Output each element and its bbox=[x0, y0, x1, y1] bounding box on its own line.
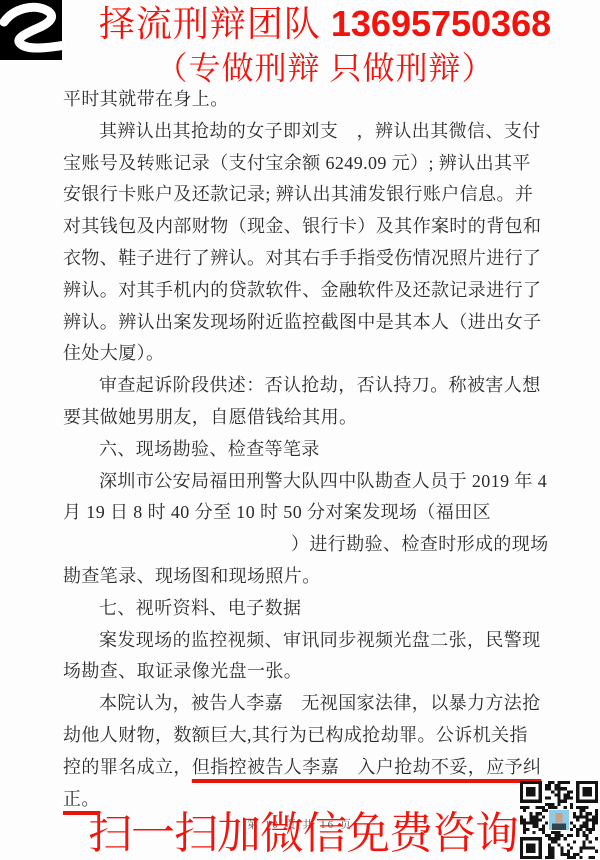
doc-text-line: 对其钱包及内部财物（现金、银行卡）及其作案时的背包和 bbox=[63, 211, 545, 243]
doc-closing-text: 控的罪名成立， bbox=[63, 757, 192, 777]
brand-swoosh-icon bbox=[0, 0, 66, 63]
ad-wechat-banner: 扫一扫加微信免费咨询 bbox=[88, 797, 518, 860]
doc-text-line: 要其做她男朋友，自愿借钱给其用。 bbox=[63, 402, 545, 434]
doc-text-line: 案发现场的监控视频、审讯同步视频光盘二张，民警现 bbox=[63, 625, 545, 657]
doc-text-line: 其辨认出其抢劫的女子即刘支 ，辨认出其微信、支付 bbox=[63, 116, 545, 148]
wechat-qr-code bbox=[520, 781, 598, 859]
scanned-document-page: 择流刑辩团队13695750368 （专做刑辩 只做刑辩） 平时其就带在身上。 … bbox=[0, 0, 600, 860]
doc-text-line: 本院认为，被告人李嘉 无视国家法律，以暴力方法抢 bbox=[63, 688, 545, 720]
doc-section-heading: 七、视听资料、电子数据 bbox=[63, 593, 545, 625]
doc-text-line: 安银行卡账户及还款记录; 辨认出其浦发银行账户信息。并 bbox=[63, 179, 545, 211]
doc-text-line: 控的罪名成立，但指控被告人李嘉 入户抢劫不妥，应予纠 bbox=[63, 752, 545, 784]
doc-text-line: 勘查笔录、现场图和现场照片。 bbox=[63, 561, 545, 593]
ad-overlay-top: 择流刑辩团队13695750368 （专做刑辩 只做刑辩） bbox=[70, 4, 580, 86]
doc-text-line: 场勘查、取证录像光盘一张。 bbox=[63, 656, 545, 688]
doc-text-line: 深圳市公安局福田刑警大队四中队勘查人员于 2019 年 4 bbox=[63, 466, 545, 498]
ad-slogan: （专做刑辩 只做刑辩） bbox=[70, 51, 580, 86]
document-body: 平时其就带在身上。 其辨认出其抢劫的女子即刘支 ，辨认出其微信、支付 宝账号及转… bbox=[63, 84, 545, 815]
doc-text-line: 审查起诉阶段供述：否认抢劫，否认持刀。称被害人想 bbox=[63, 370, 545, 402]
doc-text-line: 劫他人财物，数额巨大,其行为已构成抢劫罪。公诉机关指 bbox=[63, 720, 545, 752]
ad-team-name: 择流刑辩团队 bbox=[99, 4, 321, 44]
doc-text-line: ）进行勘验、检查时形成的现场 bbox=[63, 529, 545, 561]
doc-text-line: 宝账号及转账记录（支付宝余额 6249.09 元）; 辨认出其平 bbox=[63, 148, 545, 180]
doc-text-line: 辨认。对其手机内的贷款软件、金融软件及还款记录进行了 bbox=[63, 275, 545, 307]
doc-text-line: 平时其就带在身上。 bbox=[63, 84, 545, 116]
doc-section-heading: 六、现场勘验、检查等笔录 bbox=[63, 434, 545, 466]
doc-text-line: 月 19 日 8 时 40 分至 10 时 50 分对案发现场（福田区 bbox=[63, 497, 545, 529]
doc-text-line: 衣物、鞋子进行了辨认。对其右手手指受伤情况照片进行了 bbox=[63, 243, 545, 275]
doc-text-line: 住处大厦）。 bbox=[63, 338, 545, 370]
doc-text-line: 辨认。辨认出案发现场附近监控截图中是其本人（进出女子 bbox=[63, 307, 545, 339]
doc-closing-underlined: 但指控被告人李嘉 入户抢劫不妥，应予纠 bbox=[192, 757, 542, 777]
ad-phone-number: 13695750368 bbox=[331, 3, 551, 44]
